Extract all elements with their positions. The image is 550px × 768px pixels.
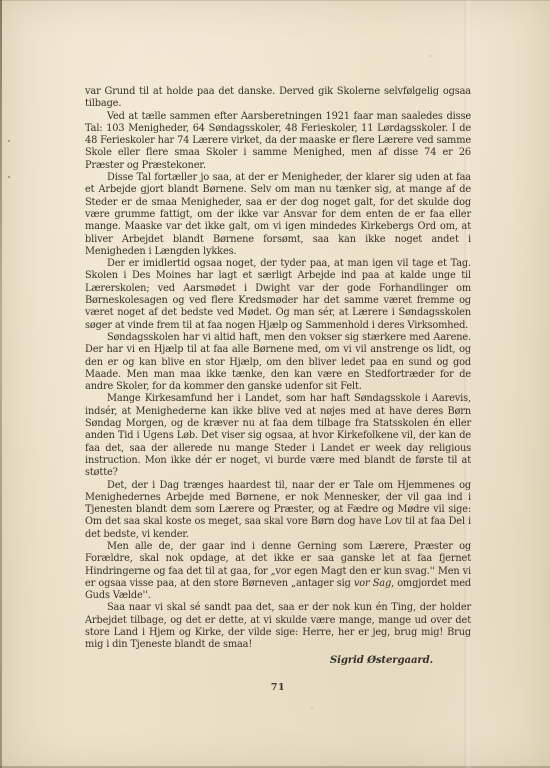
body-text: Disse Tal fortæller jo saa, at der er Me… [85, 172, 471, 257]
body-text: var Grund til at holde paa det danske. D… [85, 86, 471, 109]
author-signature: Sigrid Østergaard. [85, 654, 471, 666]
scanned-page: var Grund til at holde paa det danske. D… [0, 0, 550, 768]
page-number: 71 [85, 682, 471, 693]
text-block: var Grund til at holde paa det danske. D… [85, 86, 471, 666]
body-text: Der er imidlertid ogsaa noget, der tyder… [85, 258, 471, 330]
body-text: Saa naar vi skal sé sandt paa det, saa e… [85, 602, 471, 650]
paragraph: Mange Kirkesamfund her i Landet, som har… [85, 393, 471, 479]
scan-speck [8, 176, 10, 178]
emphasized-text: vor Sag [354, 578, 391, 589]
scan-speck [430, 55, 431, 57]
paragraph: Men alle de, der gaar ind i denne Gernin… [85, 541, 471, 602]
paragraph: Saa naar vi skal sé sandt paa det, saa e… [85, 602, 471, 651]
paragraph: var Grund til at holde paa det danske. D… [85, 86, 471, 111]
scan-speck [311, 707, 313, 708]
paragraph: Det, der i Dag trænges haardest til, naa… [85, 480, 471, 541]
body-text: Det, der i Dag trænges haardest til, naa… [85, 480, 471, 540]
page-edge-left [0, 0, 2, 768]
paragraph: Der er imidlertid ogsaa noget, der tyder… [85, 258, 471, 332]
paragraph: Disse Tal fortæller jo saa, at der er Me… [85, 172, 471, 258]
paragraph: Ved at tælle sammen efter Aarsberetninge… [85, 111, 471, 172]
body-text: Ved at tælle sammen efter Aarsberetninge… [85, 111, 471, 171]
body-text: Søndagsskolen har vi altid haft, men den… [85, 332, 471, 392]
body-text: Mange Kirkesamfund her i Landet, som har… [85, 393, 471, 478]
scan-speck [8, 140, 10, 142]
paragraph: Søndagsskolen har vi altid haft, men den… [85, 332, 471, 393]
